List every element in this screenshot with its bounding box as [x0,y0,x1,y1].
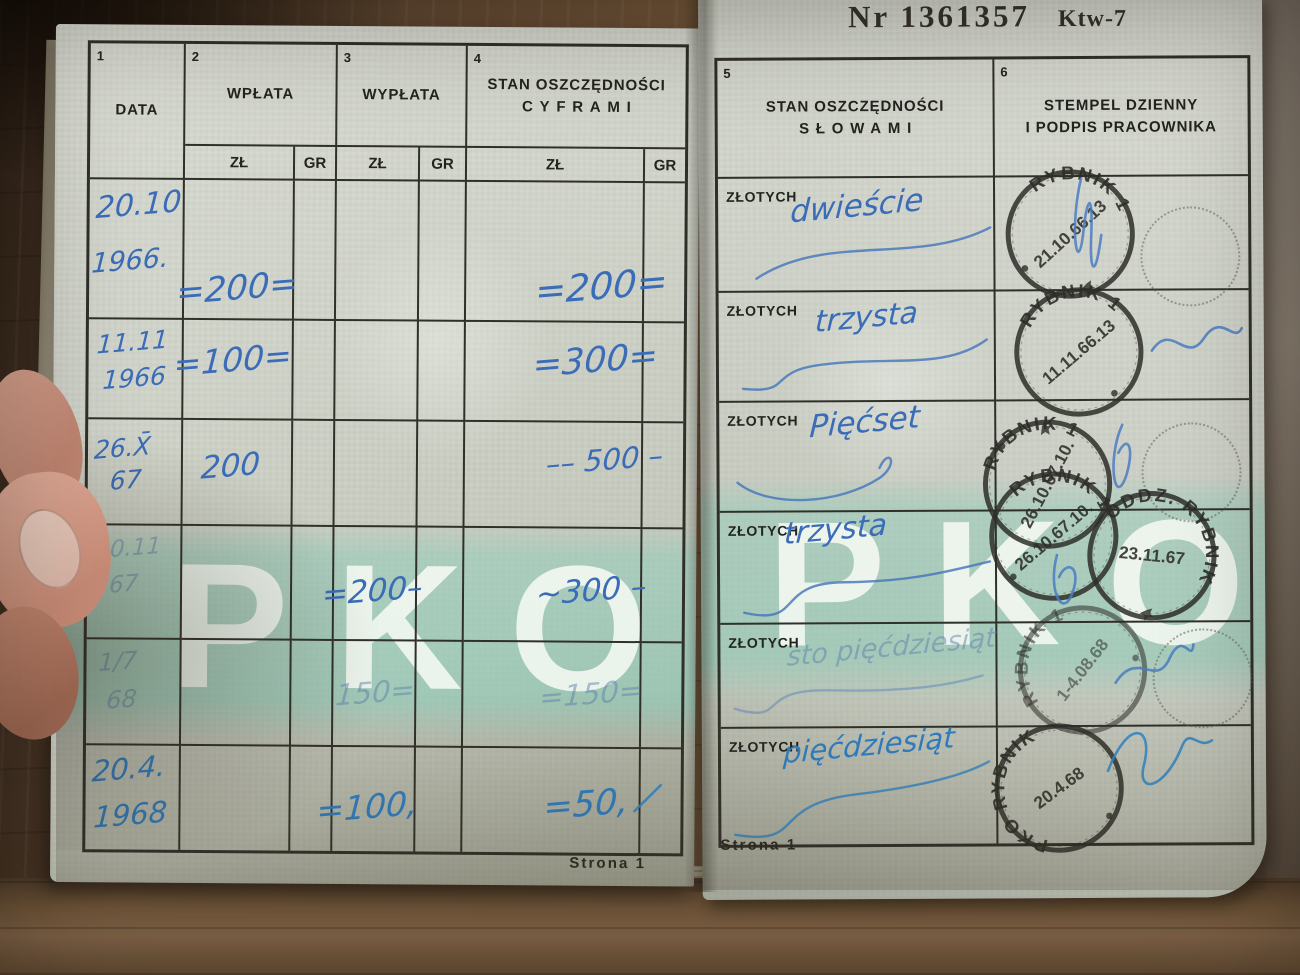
photo-vignette [0,0,1300,975]
passbook-photo: PKO 1 DATA 2 WPŁATA 3 WYPŁATA 4 STAN OSZ… [0,0,1300,975]
